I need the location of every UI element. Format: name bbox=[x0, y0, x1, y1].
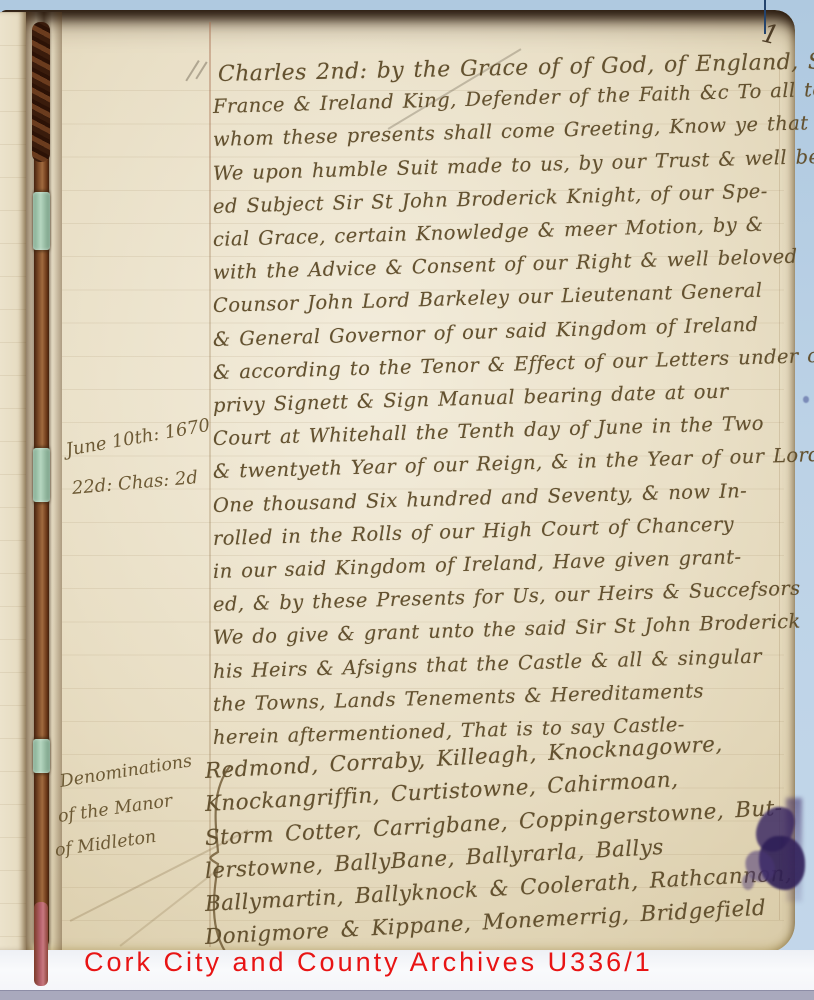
facing-page-edge bbox=[0, 12, 26, 950]
ink-speck bbox=[803, 396, 809, 403]
binding-tie-green bbox=[33, 192, 50, 250]
archive-reference-stamp: Cork City and County Archives U336/1 bbox=[84, 947, 653, 978]
binding-cord-twist bbox=[32, 22, 50, 162]
scanner-bed-band bbox=[0, 990, 814, 1000]
ink-blot-smear bbox=[786, 798, 802, 902]
ink-blot bbox=[742, 874, 754, 890]
binding-tie-green bbox=[33, 448, 50, 502]
binding-cord-end bbox=[34, 902, 48, 986]
binding-tie-green bbox=[33, 739, 50, 773]
